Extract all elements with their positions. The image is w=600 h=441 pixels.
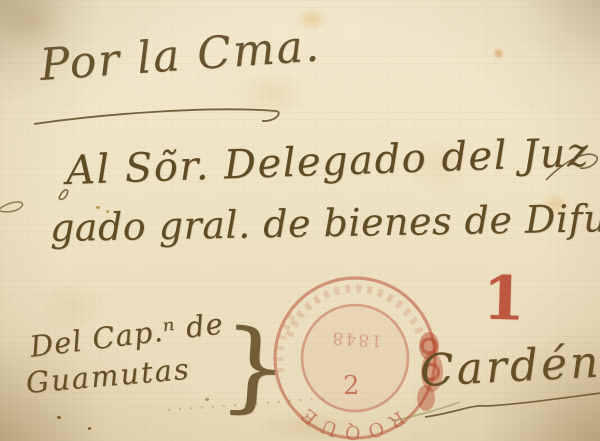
letter-cover: ROQUE 1848 2 Por la Cma. Al Sõr. Delegad… — [0, 0, 600, 441]
stamp-year-text: 1848 — [330, 327, 383, 351]
destination-underline — [425, 393, 600, 417]
ink-speck — [57, 416, 61, 419]
paper-stain — [491, 46, 506, 61]
ink-speck — [88, 427, 91, 430]
ink-brace: } — [216, 308, 292, 427]
stamp-day-text: 2 — [343, 371, 360, 401]
postmark-stamp: ROQUE 1848 2 — [265, 268, 445, 441]
routing-annotation: Por la Cma. — [38, 20, 322, 90]
destination-name: Cardénas — [419, 334, 600, 397]
rate-mark: 1 — [482, 263, 526, 334]
margin-squiggle — [0, 202, 23, 214]
ink-speck — [205, 398, 209, 401]
address-line-1: Al Sõr. Delegado del Juz — [65, 130, 590, 194]
flourish-underline — [34, 109, 279, 124]
postmark-stamp-graphic: ROQUE 1848 2 — [265, 268, 445, 441]
address-line-2: gado gral. de bienes de Difuntōs — [50, 195, 600, 250]
sender-line-1: Del Cap.ⁿ de — [28, 306, 226, 363]
